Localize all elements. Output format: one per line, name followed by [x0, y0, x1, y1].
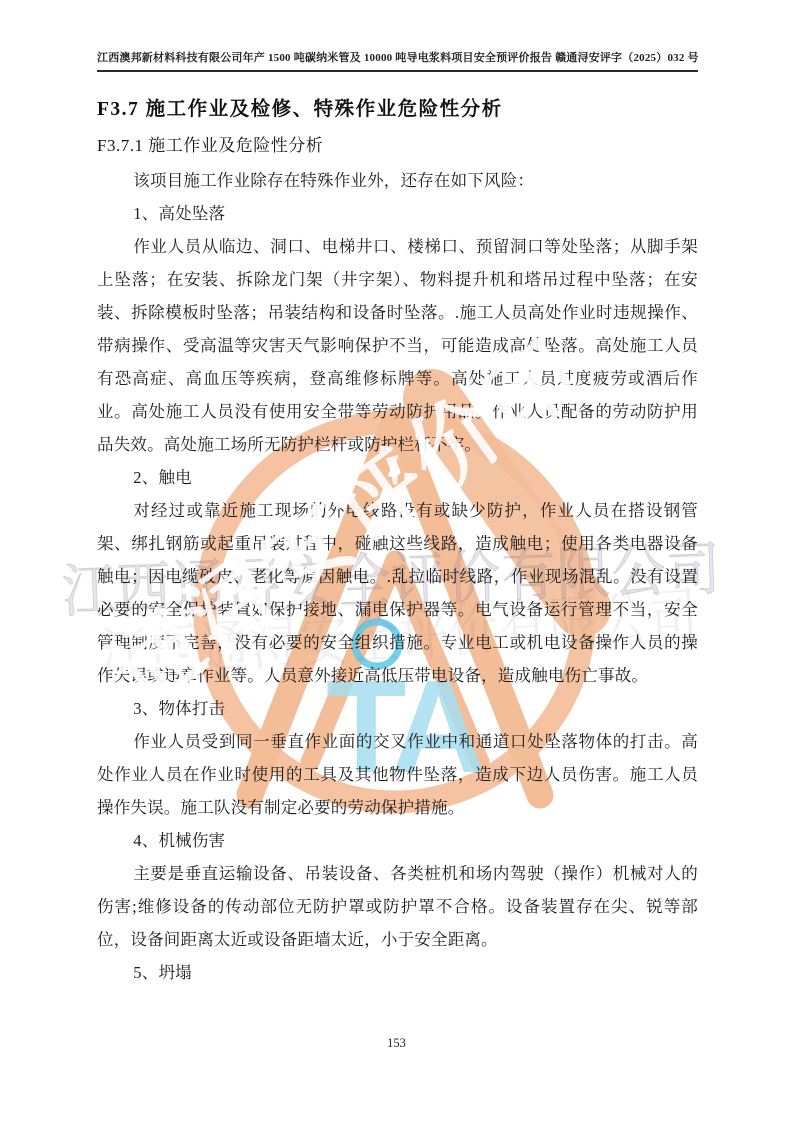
- page-number: 153: [387, 1036, 406, 1050]
- paragraph: 作业人员受到同一垂直作业面的交叉作业中和通道口处坠落物体的打击。高处作业人员在作…: [97, 725, 698, 824]
- paragraph: 该项目施工作业除存在特殊作业外，还存在如下风险：: [97, 164, 698, 197]
- page-footer: 153: [0, 1036, 793, 1051]
- list-item-heading: 2、触电: [97, 461, 698, 494]
- list-item-heading: 4、机械伤害: [97, 824, 698, 857]
- header-doc-number: 赣通浔安评字（2025）032 号: [555, 52, 699, 64]
- paragraph: 作业人员从临边、洞口、电梯井口、楼梯口、预留洞口等处坠落；从脚手架上坠落；在安装…: [97, 230, 698, 461]
- paragraph-container: 该项目施工作业除存在特殊作业外，还存在如下风险：1、高处坠落作业人员从临边、洞口…: [97, 164, 698, 989]
- section-heading: F3.7 施工作业及检修、特殊作业危险性分析: [97, 96, 698, 123]
- page-header: 江西澳邦新材料科技有限公司年产 1500 吨碳纳米管及 10000 吨导电浆料项…: [97, 50, 698, 72]
- subsection-heading: F3.7.1 施工作业及危险性分析: [97, 134, 698, 158]
- list-item-heading: 3、物体打击: [97, 692, 698, 725]
- list-item-heading: 1、高处坠落: [97, 197, 698, 230]
- document-content: F3.7 施工作业及检修、特殊作业危险性分析 F3.7.1 施工作业及危险性分析…: [97, 96, 698, 989]
- header-title: 江西澳邦新材料科技有限公司年产 1500 吨碳纳米管及 10000 吨导电浆料项…: [97, 52, 552, 64]
- paragraph: 对经过或靠近施工现场的外电线路没有或缺少防护，作业人员在搭设钢管架、绑扎钢筋或起…: [97, 494, 698, 692]
- paragraph: 主要是垂直运输设备、吊装设备、各类桩机和场内驾驶（操作）机械对人的伤害;维修设备…: [97, 857, 698, 956]
- document-page: TA 江西通浔安全评价有限公司 江西通浔安全评价有限公司 江西澳邦新材料科技有限…: [0, 0, 793, 1122]
- list-item-heading: 5、坍塌: [97, 956, 698, 989]
